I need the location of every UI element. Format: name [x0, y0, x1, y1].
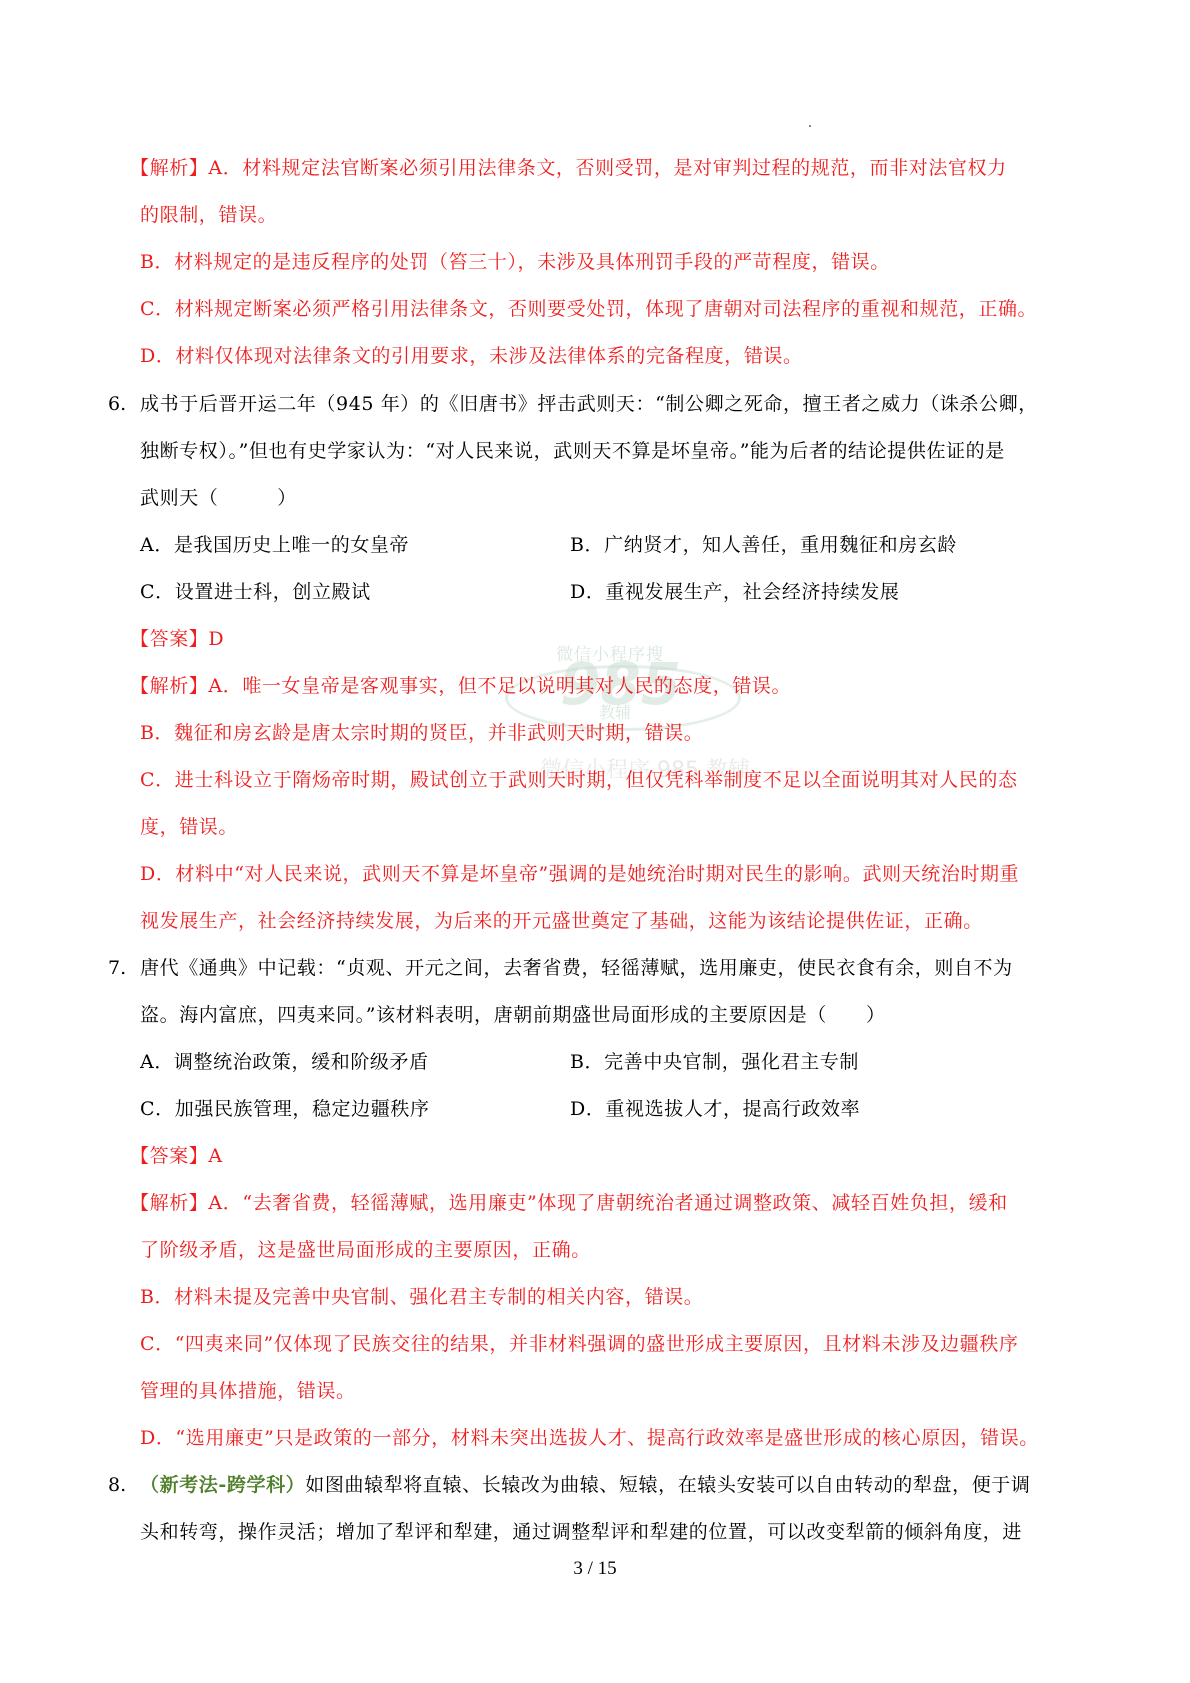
question-number-6: 6.: [108, 391, 126, 417]
q6-analysis-c-line2: 度，错误。: [140, 814, 1080, 840]
q5-analysis-d: D．材料仅体现对法律条文的引用要求，未涉及法律体系的完备程度，错误。: [140, 343, 1080, 369]
q5-analysis-c: C．材料规定断案必须严格引用法律条文，否则要受处罚，体现了唐朝对司法程序的重视和…: [140, 296, 1080, 322]
q6-answer: 【答案】D: [130, 626, 1070, 652]
q7-option-c: C．加强民族管理，稳定边疆秩序: [140, 1096, 430, 1122]
q6-option-c: C．设置进士科，创立殿试: [140, 579, 371, 605]
q7-stem-line1: 唐代《通典》中记载：“贞观、开元之间，去奢省费，轻徭薄赋，选用廉吏，使民衣食有余…: [140, 955, 1080, 981]
q7-option-b: B．完善中央官制，强化君主专制: [570, 1049, 859, 1075]
q7-analysis-c-line1: C．“四夷来同”仅体现了民族交往的结果，并非材料强调的盛世形成主要原因，且材料未…: [140, 1331, 1080, 1357]
analysis-label: 【解析】: [130, 157, 208, 179]
q6-stem-line2: 独断专权）。”但也有史学家认为：“对人民来说，武则天不算是坏皇帝。”能为后者的结…: [140, 438, 1080, 464]
q7-option-d: D．重视选拔人才，提高行政效率: [570, 1096, 860, 1122]
q7-stem-line2: 盗。海内富庶，四夷来同。”该材料表明，唐朝前期盛世局面形成的主要原因是（ ）: [140, 1002, 1080, 1028]
q7-analysis-a-line2: 了阶级矛盾，这是盛世局面形成的主要原因，正确。: [140, 1237, 1080, 1263]
q5-analysis-a-line1: 【解析】A．材料规定法官断案必须引用法律条文，否则受罚，是对审判过程的规范，而非…: [130, 155, 1070, 181]
q6-option-a: A．是我国历史上唯一的女皇帝: [140, 532, 409, 558]
q6-option-d: D．重视发展生产，社会经济持续发展: [570, 579, 899, 605]
q7-analysis-a-line1: 【解析】A．“去奢省费，轻徭薄赋，选用廉吏”体现了唐朝统治者通过调整政策、减轻百…: [130, 1190, 1070, 1216]
q7-analysis-d: D．“选用廉吏”只是政策的一部分，材料未突出选拔人才、提高行政效率是盛世形成的核…: [140, 1425, 1080, 1451]
q6-analysis-d-line1: D．材料中“对人民来说，武则天不算是坏皇帝”强调的是她统治时期对民生的影响。武则…: [140, 861, 1080, 887]
q8-tag: （新考法-跨学科）: [140, 1474, 305, 1496]
q6-stem-line3: 武则天（ ）: [140, 485, 1080, 511]
q7-analysis-b: B．材料未提及完善中央官制、强化君主专制的相关内容，错误。: [140, 1284, 1080, 1310]
q7-option-a: A．调整统治政策，缓和阶级矛盾: [140, 1049, 429, 1075]
page-number: 3 / 15: [0, 1558, 1190, 1580]
q8-stem-line2: 头和转弯，操作灵活；增加了犁评和犁建，通过调整犁评和犁建的位置，可以改变犁箭的倾…: [140, 1519, 1080, 1545]
q5-analysis-b: B．材料规定的是违反程序的处罚（笞三十），未涉及具体刑罚手段的严苛程度，错误。: [140, 249, 1080, 275]
q6-analysis-b: B．魏征和房玄龄是唐太宗时期的贤臣，并非武则天时期，错误。: [140, 720, 1080, 746]
header-dot: [809, 125, 811, 127]
q7-answer: 【答案】A: [130, 1143, 1070, 1169]
q6-stem-line1: 成书于后晋开运二年（945 年）的《旧唐书》抨击武则天：“制公卿之死命，擅王者之…: [140, 391, 1080, 417]
q7-analysis-c-line2: 管理的具体措施，错误。: [140, 1378, 1080, 1404]
q6-option-b: B．广纳贤才，知人善任，重用魏征和房玄龄: [570, 532, 957, 558]
question-number-8: 8.: [108, 1472, 126, 1498]
q6-analysis-d-line2: 视发展生产，社会经济持续发展，为后来的开元盛世奠定了基础，这能为该结论提供佐证，…: [140, 908, 1080, 934]
q8-stem-line1: （新考法-跨学科）如图曲辕犁将直辕、长辕改为曲辕、短辕，在辕头安装可以自由转动的…: [140, 1472, 1080, 1498]
q5-analysis-a-line2: 的限制，错误。: [140, 202, 1080, 228]
q6-analysis-a: 【解析】A．唯一女皇帝是客观事实，但不足以说明其对人民的态度，错误。: [130, 673, 1070, 699]
q6-analysis-c-line1: C．进士科设立于隋炀帝时期，殿试创立于武则天时期，但仅凭科举制度不足以全面说明其…: [140, 767, 1080, 793]
question-number-7: 7.: [108, 955, 126, 981]
